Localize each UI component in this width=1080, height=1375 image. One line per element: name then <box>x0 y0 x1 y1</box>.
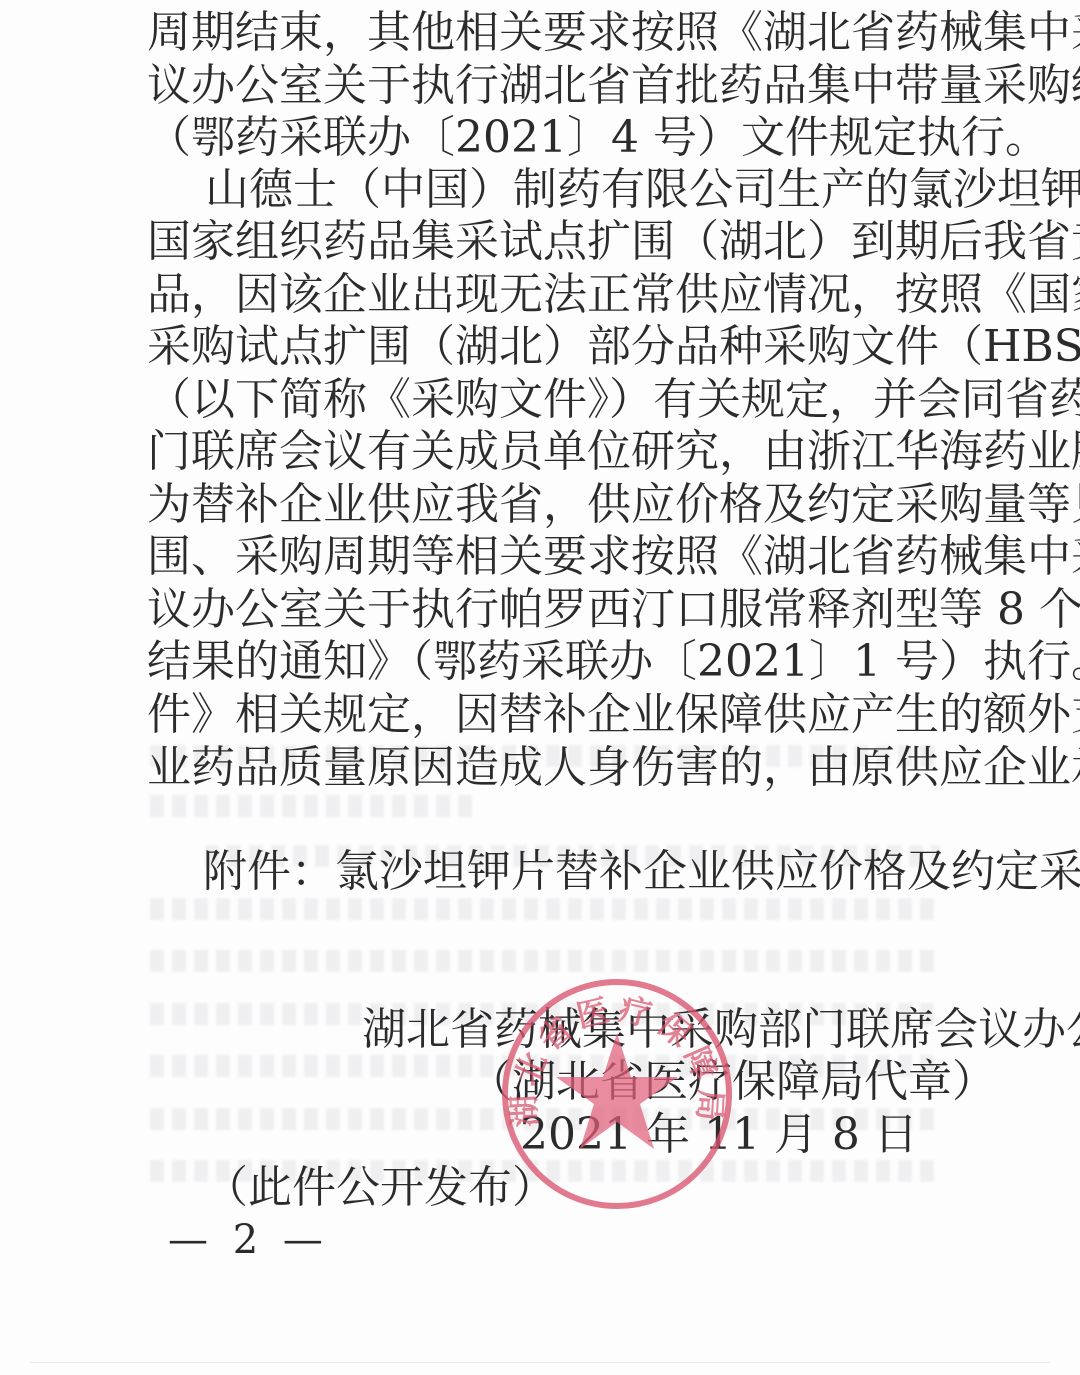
bleed-through-line <box>150 898 940 920</box>
body-text-line: 采购试点扩围（湖北）部分品种采购文件（HBSYXLHCG-2021-001）》 <box>147 321 944 373</box>
body-text-line: 围、采购周期等相关要求按照《湖北省药械集中采购部门联席会 <box>147 531 944 583</box>
body-text-line: 山德士（中国）制药有限公司生产的氯沙坦钾片（50mg）为 <box>205 164 944 216</box>
body-text-line: 业药品质量原因造成人身伤害的，由原供应企业承担责任。 <box>147 742 944 794</box>
bleed-through-line <box>150 795 480 817</box>
body-text-line: 议办公室关于执行帕罗西汀口服常释剂型等 8 个品种集中采购 <box>147 584 944 636</box>
body-text-line: 结果的通知》（鄂药采联办〔2021〕1 号）执行。根据《采购文 <box>147 636 944 688</box>
body-text-line: 件》相关规定，因替补企业保障供应产生的额外支出及原供应企 <box>147 689 944 741</box>
body-text-line: （以下简称《采购文件》）有关规定，并会同省药械集中采购部 <box>147 374 944 426</box>
body-text-line: 周期结束，其他相关要求按照《湖北省药械集中采购部门联席会 <box>147 7 944 59</box>
page-edge <box>30 1362 1050 1363</box>
body-text-line: 国家组织药品集采试点扩围（湖北）到期后我省竞价续约中选产 <box>147 216 944 268</box>
body-text-line: （鄂药采联办〔2021〕4 号）文件规定执行。 <box>147 112 944 164</box>
attachment-note: 附件：氯沙坦钾片替补企业供应价格及约定采购量 <box>203 846 843 898</box>
bleed-through-line <box>150 950 940 972</box>
body-text-line: 品，因该企业出现无法正常供应情况，按照《国家组织药品集中 <box>147 269 944 321</box>
body-text-line: 门联席会议有关成员单位研究，由浙江华海药业股份有限公司作 <box>147 426 944 478</box>
body-text-line: 议办公室关于执行湖北省首批药品集中带量采购结果的通知》 <box>147 60 944 112</box>
publication-note: （此件公开发布） <box>204 1162 556 1214</box>
document-page: 周期结束，其他相关要求按照《湖北省药械集中采购部门联席会 议办公室关于执行湖北省… <box>0 0 1080 1375</box>
body-text-line: 为替补企业供应我省，供应价格及约定采购量等见附件，执行范 <box>147 479 944 531</box>
page-number: — 2 — <box>168 1216 329 1264</box>
